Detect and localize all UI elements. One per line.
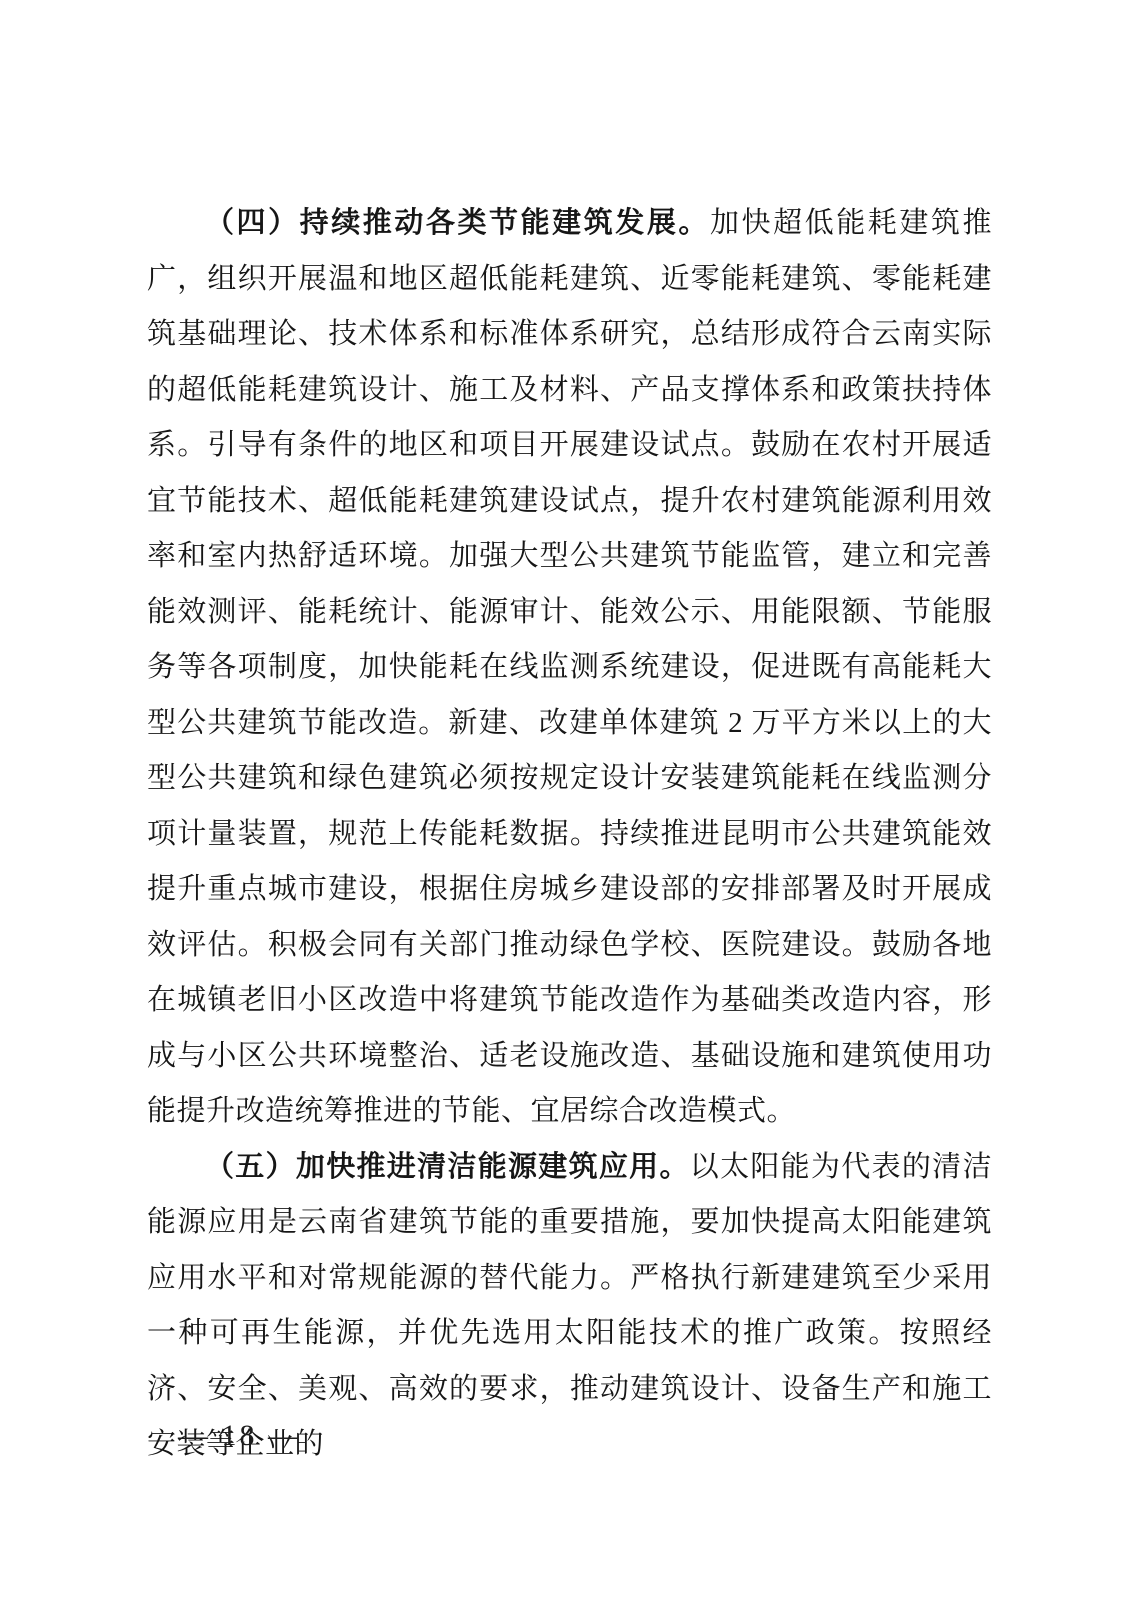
section-5-body-text: 以太阳能为代表的清洁能源应用是云南省建筑节能的重要措施，要加快提高太阳能建筑应用… — [147, 1151, 992, 1461]
document-page: （四）持续推动各类节能建筑发展。加快超低能耗建筑推广，组织开展温和地区超低能耗建… — [0, 0, 1131, 1600]
section-5-heading: （五）加快推进清洁能源建筑应用。 — [205, 1151, 690, 1183]
document-body: （四）持续推动各类节能建筑发展。加快超低能耗建筑推广，组织开展温和地区超低能耗建… — [147, 196, 992, 1473]
section-4-body-text: 加快超低能耗建筑推广，组织开展温和地区超低能耗建筑、近零能耗建筑、零能耗建筑基础… — [147, 207, 992, 1127]
section-4-heading: （四）持续推动各类节能建筑发展。 — [205, 207, 710, 239]
section-4-paragraph: （四）持续推动各类节能建筑发展。加快超低能耗建筑推广，组织开展温和地区超低能耗建… — [147, 196, 992, 1140]
page-number: — 18 — — [178, 1416, 301, 1456]
